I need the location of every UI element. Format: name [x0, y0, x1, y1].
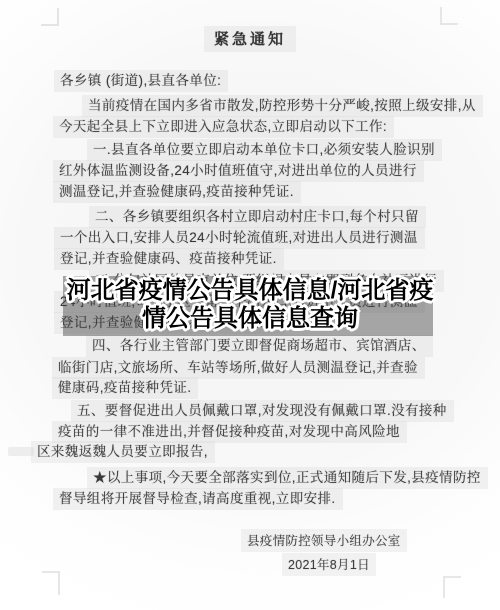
document-line: 四、各行业主管部门要立即督促商场超市、宾馆酒店、	[86, 335, 433, 357]
headline-overlay: 河北省疫情公告具体信息/河北省疫 情公告具体信息查询	[0, 277, 500, 333]
document-line: 区来魏返魏人员要立即报告,	[31, 441, 215, 463]
document-line: 各乡镇 (街道),县直各单位:	[54, 70, 228, 92]
date-line: 2021年8月1日	[282, 553, 376, 576]
document-line: ★以上事项,今天要全部落实到位,正式通知随后下发,县疫情防控	[87, 467, 488, 489]
document-line: 督导组将开展督导检查,请高度重视,立即安排.	[53, 488, 343, 510]
headline-line-1: 河北省疫情公告具体信息/河北省疫	[0, 277, 500, 305]
photo-corner-mark	[443, 576, 461, 598]
document-line: 二、各乡镇要组织各村立即启动村庄卡口,每个村只留	[89, 206, 426, 228]
photo-corner-mark	[41, 8, 59, 26]
document-line: 登记,并查验健康码、疫苗接种凭证.	[54, 248, 284, 270]
document-line: 红外体温监测设备,24小时值班值守,对进出单位的人员进行	[53, 160, 424, 182]
notice-photo: 紧急通知 各乡镇 (街道),县直各单位: 当前疫情在国内多省市散发,防控形势十分…	[0, 0, 500, 610]
document-line: 当前疫情在国内多省市散发,防控形势十分严峻,按照上级安排,从	[82, 95, 483, 117]
document-line: 健康码,疫苗接种凭证.	[52, 377, 198, 399]
document-line: 临街门店,文旅场所、车站等场所,做好人员测温登记,并查验	[52, 357, 425, 379]
photo-corner-mark	[42, 571, 60, 595]
photo-corner-mark	[440, 7, 458, 25]
document-line: 一个出入口,安排人员24小时轮流值班,对进出人员进行测温	[54, 227, 425, 249]
signature-line: 县疫情防控领导小组办公室	[241, 529, 407, 552]
document-line: 疫苗的一律不准进出,并督促接种疫苗,对发现中高风险地	[52, 421, 407, 443]
document-line: 测温登记,并查验健康码,疫苗接种凭证.	[53, 181, 301, 203]
document-line: 五、要督促进出人员佩戴口罩,对发现没有佩戴口罩.没有接种	[71, 400, 454, 422]
notice-title: 紧急通知	[0, 26, 500, 52]
document-line: 今天起全县上下立即进入应急状态,立即启动以下工作:	[53, 116, 394, 138]
document-line: 一.县直各单位要立即启动本单位卡口,必须安装人脸识别	[87, 139, 442, 161]
headline-line-2: 情公告具体信息查询	[0, 305, 500, 333]
